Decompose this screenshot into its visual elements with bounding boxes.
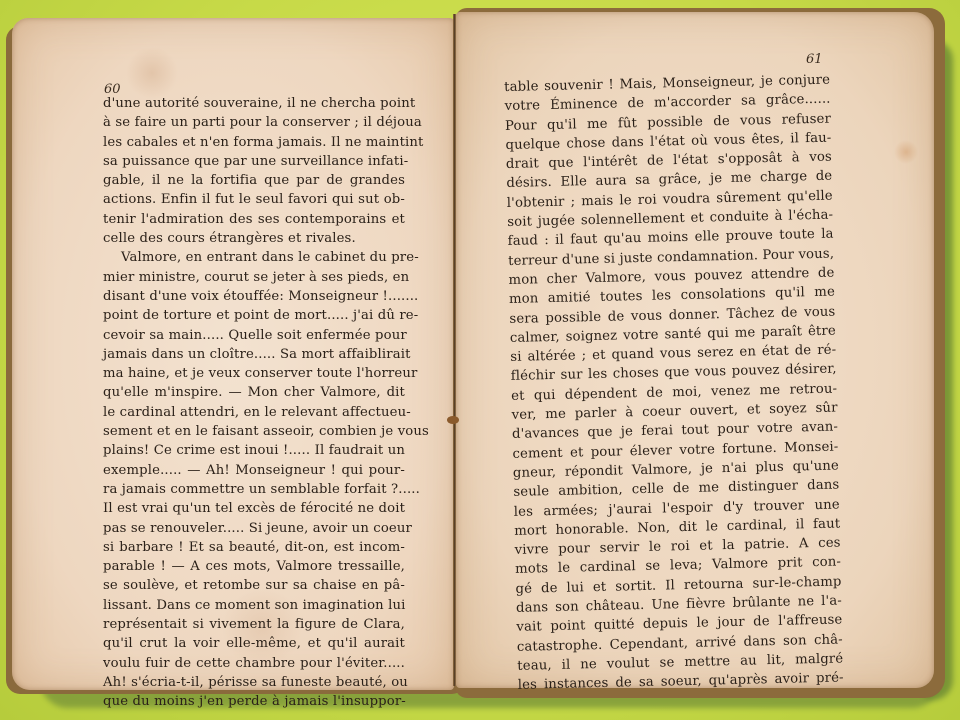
text-line: ma haine, et je veux conserver toute l'h… <box>103 364 405 383</box>
text-line: le cardinal attendri, en le relevant aff… <box>103 403 405 422</box>
text-line: que du moins j'en perde à jamais l'insup… <box>103 692 405 711</box>
open-book: 60 d'une autorité souveraine, il ne cher… <box>0 0 960 720</box>
text-line: exemple..... — Ah! Monseigneur ! qui pou… <box>103 461 405 480</box>
text-line: à se faire un parti pour la conserver ; … <box>103 113 405 132</box>
binding-thread-knot <box>447 416 459 424</box>
text-line: les cabales et n'en forma jamais. Il ne … <box>103 133 405 152</box>
text-line: mier ministre, courut se jeter à ses pie… <box>103 268 405 287</box>
text-line: se soulève, et retombe sur sa chaise en … <box>103 576 405 595</box>
text-line: qu'il crut la voir elle-même, et qu'il a… <box>103 634 405 653</box>
text-line: voulu fuir de cette chambre pour l'évite… <box>103 654 405 673</box>
text-line: celle des cours étrangères et rivales. <box>103 229 405 248</box>
text-line: parable ! — A ces mots, Valmore tressail… <box>103 557 405 576</box>
paragraph-start-line: Valmore, en entrant dans le cabinet du p… <box>103 248 405 267</box>
book-gutter <box>453 14 456 686</box>
text-line: Ah! s'écria-t-il, périsse sa funeste bea… <box>103 673 405 692</box>
text-line: qu'elle m'inspire. — Mon cher Valmore, d… <box>103 383 405 402</box>
text-line: jamais dans un cloître..... Sa mort affa… <box>103 345 405 364</box>
text-line: pas se renouveler..... Si jeune, avoir u… <box>103 519 405 538</box>
right-page-text: table souvenir ! Mais, Monseigneur, je c… <box>504 71 844 696</box>
text-line: cevoir sa main..... Quelle soit enfermée… <box>103 326 405 345</box>
text-line: gable, il ne la fortifia que par de gran… <box>103 171 405 190</box>
left-page-text: d'une autorité souveraine, il ne chercha… <box>103 94 405 712</box>
right-page-number: 61 <box>806 52 823 67</box>
text-line: d'une autorité souveraine, il ne chercha… <box>103 94 405 113</box>
text-line: ra jamais commettre un semblable forfait… <box>103 480 405 499</box>
text-line: actions. Enfin il fut le seul favori qui… <box>103 190 405 209</box>
text-line: tenir l'admiration des ses contemporains… <box>103 210 405 229</box>
text-line: disant d'une voix étouffée: Monseigneur … <box>103 287 405 306</box>
text-line: représentait si vivement la figure de Cl… <box>103 615 405 634</box>
text-line: lissant. Dans ce moment son imagination … <box>103 596 405 615</box>
text-line: sement et en le faisant asseoir, combien… <box>103 422 405 441</box>
text-line: sa puissance que par une surveillance in… <box>103 152 405 171</box>
left-page: 60 d'une autorité souveraine, il ne cher… <box>12 18 454 690</box>
text-line: point de torture et point de mort..... j… <box>103 306 405 325</box>
right-page: 61 table souvenir ! Mais, Monseigneur, j… <box>456 12 934 688</box>
text-line: si barbare ! Et sa beauté, dit-on, est i… <box>103 538 405 557</box>
text-line: Il est vrai qu'un tel excès de férocité … <box>103 499 405 518</box>
text-line: plains! Ce crime est inoui !..... Il fau… <box>103 441 405 460</box>
